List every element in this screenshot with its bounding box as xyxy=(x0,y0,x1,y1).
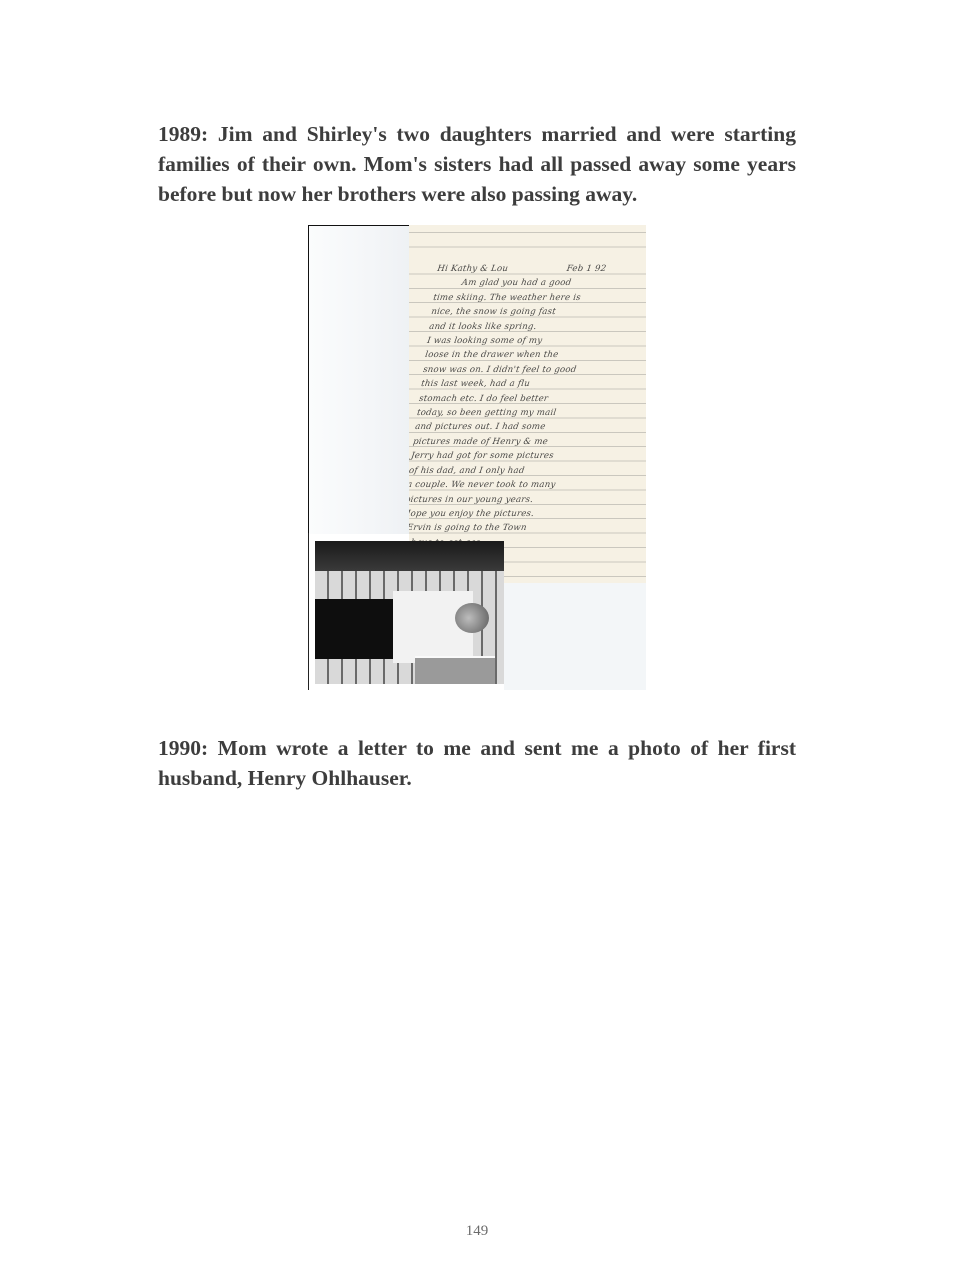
photo-head xyxy=(455,603,489,633)
paragraph-1989: 1989: Jim and Shirley's two daughters ma… xyxy=(158,119,796,209)
photo-henry-ohlhauser xyxy=(315,541,504,684)
page-number: 149 xyxy=(0,1223,954,1240)
scan-blank-area xyxy=(504,583,646,690)
photo-trousers xyxy=(315,599,405,659)
handwritten-letter: Hi Kathy & Lou Feb 1 92 Am glad you had … xyxy=(409,225,646,583)
letter-handwriting: Hi Kathy & Lou Feb 1 92 Am glad you had … xyxy=(409,262,646,583)
photo-door xyxy=(415,656,495,684)
paragraph-1990: 1990: Mom wrote a letter to me and sent … xyxy=(158,733,796,793)
scan-border xyxy=(308,533,309,690)
photo-background xyxy=(315,541,504,571)
scanned-letter-and-photo: Hi Kathy & Lou Feb 1 92 Am glad you had … xyxy=(308,225,646,690)
scan-blank-area xyxy=(308,225,411,534)
